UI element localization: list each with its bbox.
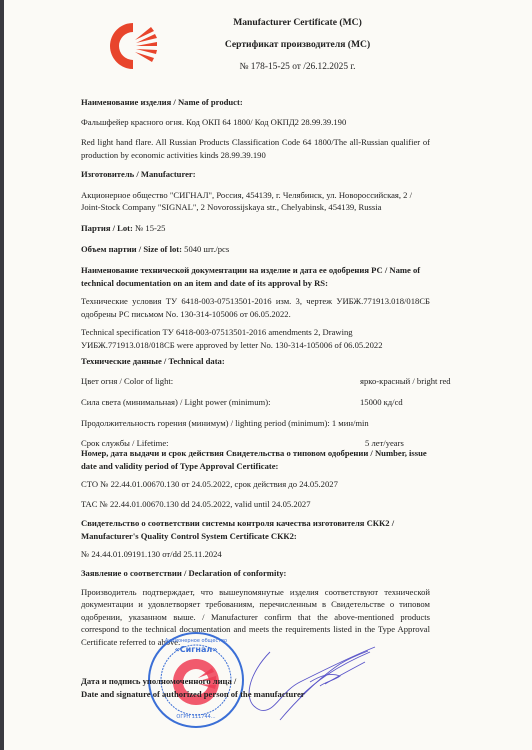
tech-data-value: 1 мин/min [332,418,369,428]
lot-label: Партия / Lot: [81,223,133,233]
svg-text:«Сигнал»: «Сигнал» [175,645,218,654]
certificate-number: № 178-15-25 от /26.12.2025 г. [190,56,405,78]
product-line-en: Red light hand flare. All Russian Produc… [81,136,430,161]
manufacturer-heading: Изготовитель / Manufacturer: [81,168,430,181]
signal-logo-icon [107,20,159,72]
qcs-heading: Свидетельство о соответствии системы кон… [81,517,430,542]
declaration-text: Производитель подтверждает, что вышеупом… [81,586,430,648]
qcs-line: № 24.44.01.09191.130 от/dd 25.11.2024 [81,548,430,561]
type-approval-line-en: TAC № 22.44.01.00670.130 dd 24.05.2022, … [81,498,430,511]
certificate-page: Manufacturer Certificate (MC) Сертификат… [0,0,532,750]
signature-caption-ru: Дата и подпись уполномоченного лица / [81,675,305,688]
tech-data-heading: Технические данные / Technical data: [81,355,430,368]
svg-text:ОГРН 111744...: ОГРН 111744... [176,714,216,720]
tech-data-row: Сила света (минимальная) / Light power (… [81,396,430,408]
lot-value: № 15-25 [135,223,165,233]
certificate-header: Manufacturer Certificate (MC) Сертификат… [190,12,405,78]
tech-data-label: Продолжительность горения (минимум) / li… [81,418,330,428]
lot-size-value: 5040 шт./pcs [184,244,229,254]
type-approval-line-ru: СТО № 22.44.01.00670.130 от 24.05.2022, … [81,478,430,491]
tech-doc-line-en: Technical specification ТУ 6418-003-0751… [81,326,430,351]
tech-doc-line-ru: Технические условия ТУ 6418-003-07513501… [81,295,430,320]
signature-caption-en: Date and signature of authorized person … [81,688,305,701]
lot-row: Партия / Lot: № 15-25 [81,222,430,235]
tech-data-value: ярко-красный / bright red [360,375,451,387]
lot-size-row: Объем партии / Size of lot: 5040 шт./pcs [81,243,430,256]
type-approval-heading: Номер, дата выдачи и срок действия Свиде… [81,447,430,472]
signature-caption: Дата и подпись уполномоченного лица / Da… [81,675,305,701]
tech-data-label: Цвет огня / Color of light: [81,376,173,386]
tech-data-row: Цвет огня / Color of light: ярко-красный… [81,375,430,387]
tech-data-value: 15000 кд/cd [360,396,403,408]
title-ru: Сертификат производителя (МС) [190,34,405,56]
manufacturer-line-ru: Акционерное общество "СИГНАЛ", Россия, 4… [81,189,430,202]
tech-data-row: Продолжительность горения (минимум) / li… [81,417,430,429]
declaration-heading: Заявление о соответствии / Declaration o… [81,567,430,580]
lot-size-label: Объем партии / Size of lot: [81,244,182,254]
title-en: Manufacturer Certificate (MC) [190,12,405,34]
tech-doc-heading: Наименование технической документации на… [81,264,430,289]
svg-text:Акционерное общество: Акционерное общество [165,638,227,644]
product-line-ru: Фальшфейер красного огня. Код ОКП 64 180… [81,116,430,129]
tech-data-label: Сила света (минимальная) / Light power (… [81,397,270,407]
manufacturer-line-en: Joint-Stock Company "SIGNAL", 2 Novoross… [81,201,430,214]
product-heading: Наименование изделия / Name of product: [81,96,430,109]
